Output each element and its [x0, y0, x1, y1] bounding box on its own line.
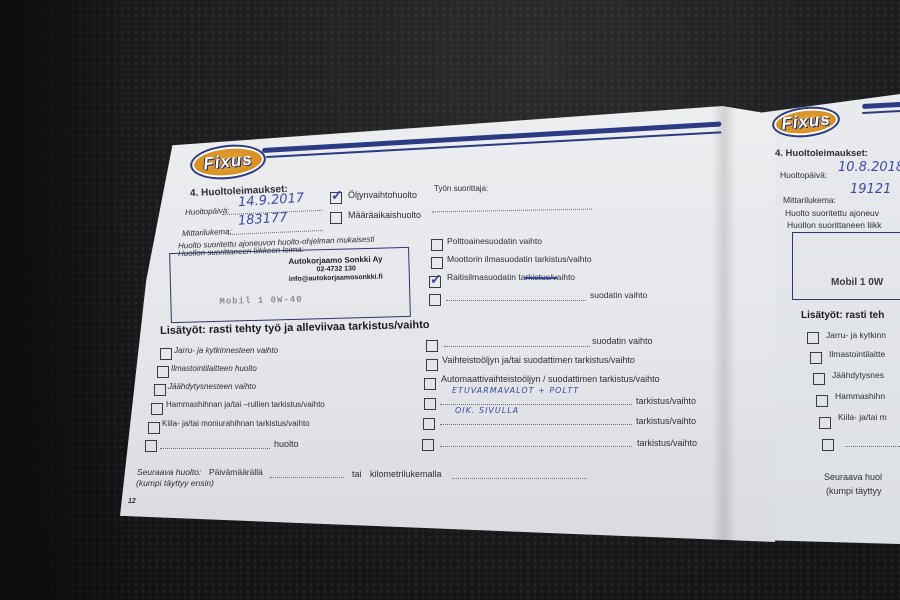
right-odometer-value[interactable]: 19121 — [850, 182, 891, 197]
extra-right-checkbox-2[interactable] — [431, 257, 443, 269]
right-extra-label-5: Kiila- ja/tai m — [838, 412, 887, 422]
right-service-date-value[interactable]: 10.8.2018 — [838, 160, 900, 175]
next-service-label: Seuraava huolto: — [137, 467, 201, 477]
extra-right-label-9: tarkistus/vaihto — [636, 416, 696, 426]
by-km-line[interactable] — [452, 478, 587, 479]
extra-right-label-7: Automaattivaihteistoöljyn / suodattimen … — [441, 374, 660, 384]
right-extra-label-3: Jäähdytysnes — [832, 370, 884, 380]
right-logo-text: Fixus — [780, 109, 831, 134]
extra-right-blank-line-8[interactable] — [440, 404, 632, 405]
scheduled-service-label: Määräaikaishuolto — [348, 210, 421, 220]
service-date-label: Huoltopäivä: — [185, 206, 230, 217]
extra-left-label-3: Jäähdytysnesteen vaihto — [168, 382, 256, 391]
right-extra-checkbox-3[interactable] — [813, 373, 825, 385]
by-date-label: Päivämäärällä — [209, 467, 263, 477]
extra-right-checkbox-8[interactable] — [424, 398, 436, 410]
extra-right-blank-line-9[interactable] — [440, 424, 632, 425]
right-extra-label-4: Hammashihn — [835, 391, 885, 401]
extra-left-checkbox-6[interactable] — [145, 440, 157, 452]
extra-right-checkbox-7[interactable] — [424, 378, 436, 390]
scheduled-service-checkbox[interactable] — [330, 212, 342, 224]
extra-left-checkbox-4[interactable] — [151, 403, 163, 415]
extra-right-checkbox-4[interactable] — [429, 294, 441, 306]
right-stamp-box: Mobil 1 0W — [792, 232, 900, 300]
extra-left-checkbox-1[interactable] — [160, 348, 172, 360]
oil-change-label: Öljynvaihtohuolto — [348, 190, 417, 200]
extra-left-label-1: Jarru- ja kytkinnesteen vaihto — [174, 346, 278, 355]
extra-left-label-2: Ilmastointilaitteen huolto — [171, 364, 257, 373]
right-extra-blank-line[interactable] — [845, 446, 900, 447]
logo-text: Fixus — [202, 149, 253, 174]
strikethrough-mark — [525, 277, 557, 279]
extra-right-checkbox-5[interactable] — [426, 340, 438, 352]
right-next-service-hint: (kumpi täyttyy — [826, 486, 882, 496]
oil-change-checkbox[interactable] — [330, 192, 342, 204]
extra-right-label-5: suodatin vaihto — [592, 336, 653, 346]
extra-left-label-5: Kiila- ja/tai moniurahihnan tarkistus/va… — [162, 419, 310, 428]
extra-right-label-10: tarkistus/vaihto — [637, 438, 697, 448]
right-extra-checkbox-2[interactable] — [810, 352, 822, 364]
right-extra-label-2: Ilmastointilaitte — [829, 349, 885, 359]
extra-right-checkbox-3[interactable] — [429, 276, 441, 288]
extra-left-checkbox-3[interactable] — [154, 384, 166, 396]
extra-right-blank-line-5[interactable] — [444, 346, 590, 347]
extra-right-label-2: Moottorin ilmasuodatin tarkistus/vaihto — [447, 254, 592, 264]
right-extra-checkbox-5[interactable] — [819, 417, 831, 429]
right-oil-stamp: Mobil 1 0W — [831, 277, 883, 288]
handwritten-note-2[interactable]: OIK. SIVULLA — [455, 406, 519, 415]
next-service-hint: (kumpi täyttyy ensin) — [136, 478, 214, 488]
right-extra-label-1: Jarru- ja kytkinn — [826, 330, 886, 340]
right-service-date-label: Huoltopäivä: — [780, 170, 827, 180]
extra-right-label-1: Polttoainesuodatin vaihto — [447, 236, 542, 246]
page-number: 12 — [128, 498, 136, 505]
right-extra-checkbox-6[interactable] — [822, 439, 834, 451]
stamp-box: Autokorjaamo Sonkki Ay 02-4732 130 info@… — [169, 247, 411, 323]
right-next-service-label: Seuraava huol — [824, 472, 882, 482]
stamp-phone: 02-4732 130 — [317, 265, 356, 273]
stamp-company: Autokorjaamo Sonkki Ay — [288, 255, 382, 266]
right-section-title: 4. Huoltoleimaukset: — [775, 148, 868, 159]
extra-left-checkbox-2[interactable] — [157, 366, 169, 378]
right-extra-checkbox-4[interactable] — [816, 395, 828, 407]
extra-left-blank-line[interactable] — [160, 448, 270, 449]
extra-right-checkbox-1[interactable] — [431, 239, 443, 251]
or-label: tai — [352, 469, 362, 479]
extra-left-label-6: huolto — [274, 439, 299, 449]
by-date-line[interactable] — [270, 477, 344, 478]
handwritten-note-1[interactable]: ETUVARMAVALOT + POLTT — [452, 386, 579, 395]
extra-right-label-4: suodatin vaihto — [590, 290, 647, 300]
extra-right-checkbox-10[interactable] — [422, 439, 434, 451]
extra-right-label-8: tarkistus/vaihto — [636, 396, 696, 406]
right-extra-checkbox-1[interactable] — [807, 332, 819, 344]
extra-right-blank-line-10[interactable] — [440, 446, 632, 447]
extra-right-blank-line-4[interactable] — [446, 300, 586, 301]
right-extra-work-title: Lisätyöt: rasti teh — [801, 310, 884, 321]
performer-label: Työn suorittaja: — [434, 184, 488, 193]
booklet-gutter — [712, 104, 736, 544]
stamp-email: info@autokorjaamosonkki.fi — [289, 274, 383, 283]
shadow — [0, 0, 140, 600]
right-stamp-label: Huollon suorittaneen liikk — [787, 220, 882, 230]
extra-left-checkbox-5[interactable] — [148, 422, 160, 434]
right-performed-per-program: Huolto suoritettu ajoneuv — [785, 208, 879, 218]
right-odometer-label: Mittarilukema: — [783, 195, 836, 205]
extra-right-checkbox-9[interactable] — [423, 418, 435, 430]
extra-right-checkbox-6[interactable] — [426, 359, 438, 371]
extra-right-label-6: Vaihteistoöljyn ja/tai suodattimen tarki… — [442, 355, 635, 365]
by-km-label: kilometrilukemalla — [370, 469, 442, 479]
extra-left-label-4: Hammashihnan ja/tai –rullien tarkistus/v… — [166, 400, 325, 409]
oil-stamp: Mobil 1 0W-40 — [219, 295, 302, 307]
